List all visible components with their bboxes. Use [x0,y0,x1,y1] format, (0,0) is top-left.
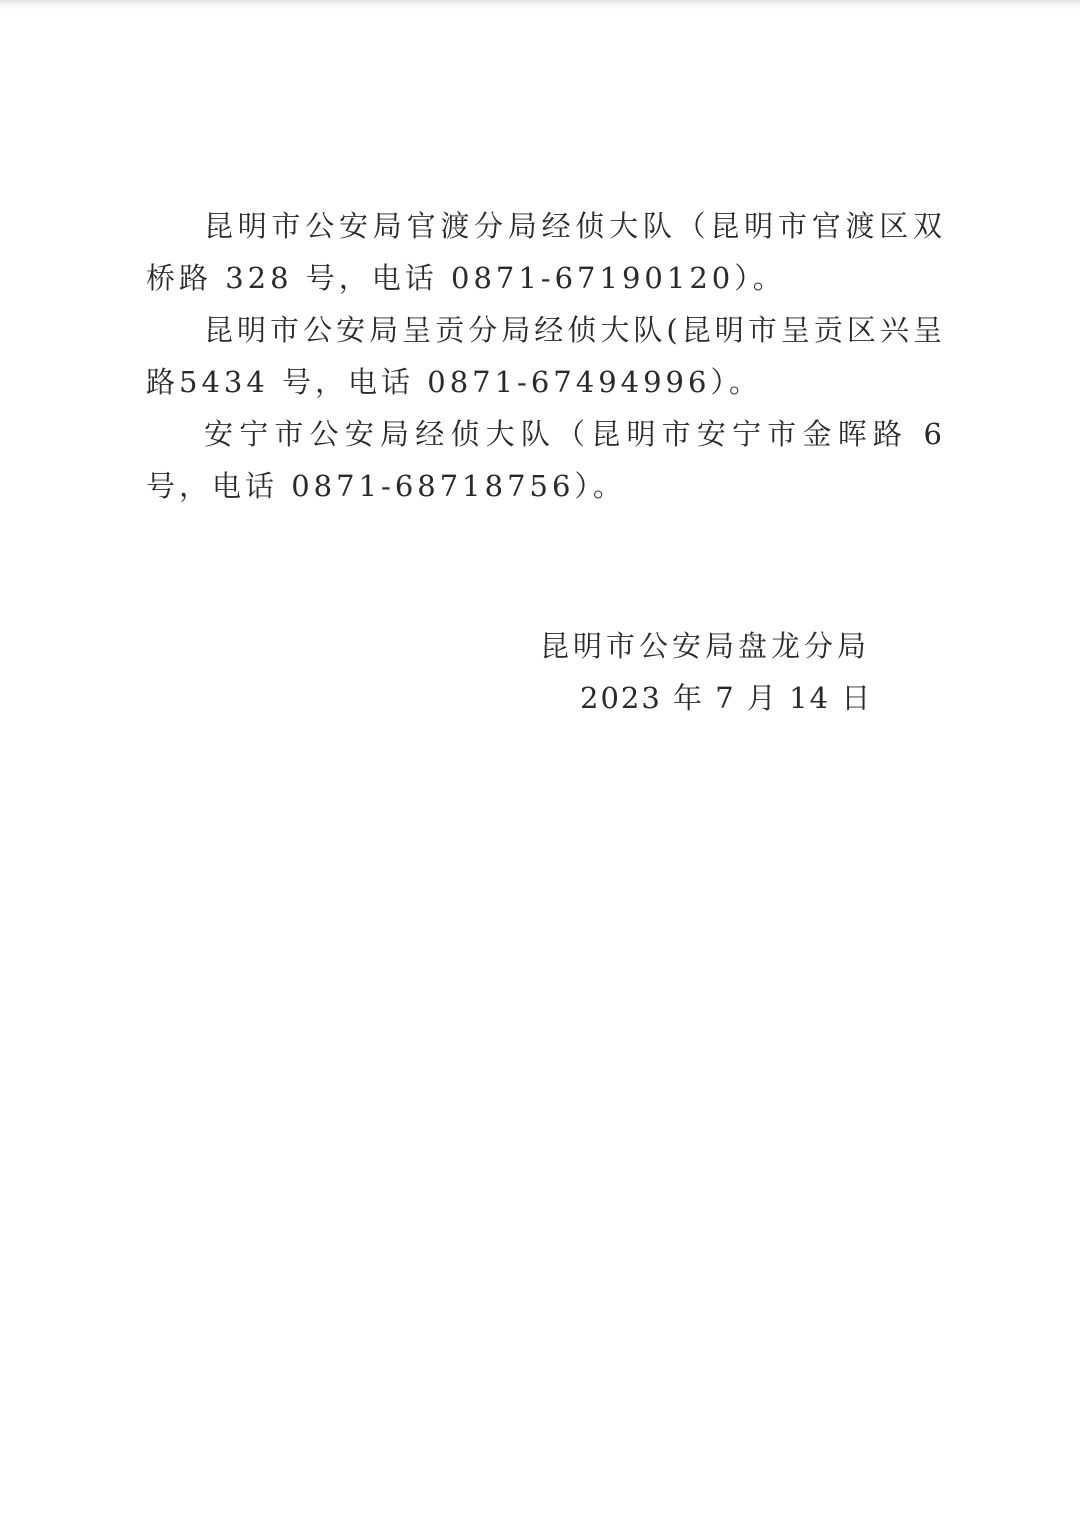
contact-paragraph-guandu: 昆明市公安局官渡分局经侦大队（昆明市官渡区双桥路 328 号，电话 0871-6… [146,200,946,304]
document-body: 昆明市公安局官渡分局经侦大队（昆明市官渡区双桥路 328 号，电话 0871-6… [146,200,946,512]
signature-block: 昆明市公安局盘龙分局 2023 年 7 月 14 日 [540,620,840,724]
issuing-organization: 昆明市公安局盘龙分局 [540,620,840,672]
page-top-edge-shadow [0,0,1080,10]
contact-paragraph-anning: 安宁市公安局经侦大队（昆明市安宁市金晖路 6 号，电话 0871-6871875… [146,408,946,512]
contact-paragraph-chenggong: 昆明市公安局呈贡分局经侦大队(昆明市呈贡区兴呈路5434 号，电话 0871-6… [146,304,946,408]
issue-date: 2023 年 7 月 14 日 [540,672,840,724]
